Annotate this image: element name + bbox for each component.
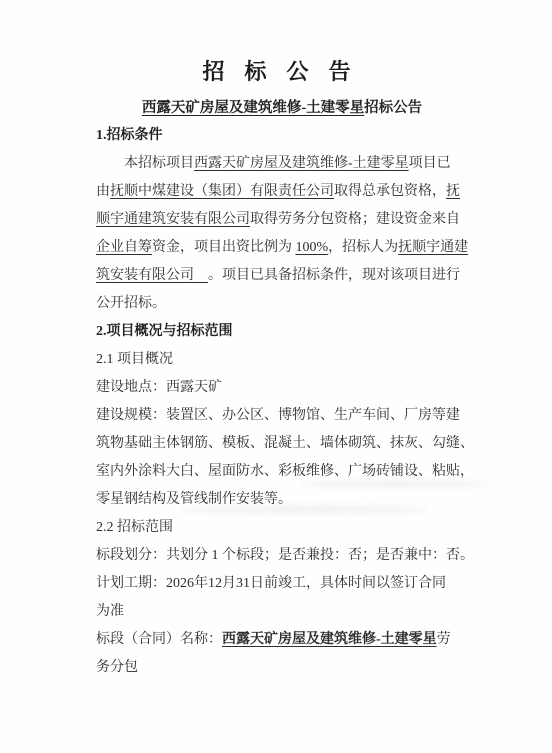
text-line: 标段（合同）名称：西露天矿房屋及建筑维修-土建零星劳 <box>96 626 476 654</box>
text-run: 由 <box>96 184 110 199</box>
text-line: 2.1 项目概况 <box>96 346 476 374</box>
text-run: 资金，项目出资比例为 <box>152 240 296 255</box>
text-run: ，招标人为 <box>328 240 398 255</box>
text-run: 为准 <box>96 604 124 619</box>
text-line: 计划工期：2026年12月31日前竣工，具体时间以签订合同 <box>96 570 476 598</box>
underlined-text: 西露天矿房屋及建筑维修-土建零星 <box>222 632 437 647</box>
underlined-text: 抚顺中煤建设（集团）有限责任公司 <box>110 184 334 199</box>
text-line: 筑物基础主体钢筋、模板、混凝土、墙体砌筑、抹灰、勾缝、 <box>96 430 476 458</box>
underlined-text: 企业自筹 <box>96 240 152 255</box>
section-heading: 1.招标条件 <box>96 122 476 150</box>
text-line: 筑安装有限公司 。项目已具备招标条件，现对该项目进行 <box>96 262 476 290</box>
text-run: 计划工期：2026年12月31日前竣工，具体时间以签订合同 <box>96 576 446 591</box>
document-title: 招 标 公 告 <box>88 56 468 88</box>
underlined-text: 抚 <box>446 184 460 199</box>
text-run: 。项目已具备招标条件，现对该项目进行 <box>208 268 460 283</box>
underlined-text: 西露天矿房屋及建筑维修-土建零星 <box>142 100 364 116</box>
text-run: 标段划分：共划分 1 个标段；是否兼投：否；是否兼中：否。 <box>96 548 474 563</box>
document-blocks: 西露天矿房屋及建筑维修-土建零星招标公告1.招标条件本招标项目西露天矿房屋及建筑… <box>96 94 476 682</box>
text-line: 建设规模：装置区、办公区、博物馆、生产车间、厂房等建 <box>96 402 476 430</box>
text-run: 建设规模：装置区、办公区、博物馆、生产车间、厂房等建 <box>96 408 460 423</box>
text-run: 劳 <box>437 632 451 647</box>
document-page: 招 标 公 告 西露天矿房屋及建筑维修-土建零星招标公告1.招标条件本招标项目西… <box>0 0 552 753</box>
text-line: 本招标项目西露天矿房屋及建筑维修-土建零星项目已 <box>96 150 476 178</box>
text-line: 2.2 招标范围 <box>96 514 476 542</box>
section-heading: 2.项目概况与招标范围 <box>96 318 476 346</box>
text-line: 室内外涂料大白、屋面防水、彩板维修、广场砖铺设、粘贴， <box>96 458 476 486</box>
text-line: 为准 <box>96 598 476 626</box>
text-run: 招标公告 <box>364 100 422 116</box>
underlined-text: 西露天矿房屋及建筑维修-土建零星 <box>194 156 409 171</box>
text-run: 务分包 <box>96 660 138 675</box>
text-run: 本招标项目 <box>124 156 194 171</box>
text-run: 项目已 <box>409 156 451 171</box>
text-line: 零星钢结构及管线制作安装等。 <box>96 486 476 514</box>
underlined-text: 抚顺宇通建 <box>398 240 468 255</box>
underlined-text: 100% <box>296 240 329 255</box>
text-run: 2.项目概况与招标范围 <box>96 324 233 339</box>
text-run: 2.1 项目概况 <box>96 352 173 367</box>
underlined-text: 顺宇通建筑安装有限公司 <box>96 212 250 227</box>
underlined-text: 筑安装有限公司 <box>96 268 208 283</box>
text-line: 公开招标。 <box>96 290 476 318</box>
document-subtitle: 西露天矿房屋及建筑维修-土建零星招标公告 <box>92 94 472 122</box>
text-run: 建设地点：西露天矿 <box>96 380 222 395</box>
text-run: 取得总承包资格， <box>334 184 446 199</box>
text-run: 公开招标。 <box>96 296 166 311</box>
document-content: 招 标 公 告 西露天矿房屋及建筑维修-土建零星招标公告1.招标条件本招标项目西… <box>0 0 552 682</box>
text-line: 由抚顺中煤建设（集团）有限责任公司取得总承包资格，抚 <box>96 178 476 206</box>
text-run: 零星钢结构及管线制作安装等。 <box>96 492 292 507</box>
text-line: 建设地点：西露天矿 <box>96 374 476 402</box>
text-run: 取得劳务分包资格；建设资金来自 <box>250 212 460 227</box>
text-line: 企业自筹资金，项目出资比例为 100%，招标人为抚顺宇通建 <box>96 234 476 262</box>
text-run: 标段（合同）名称： <box>96 632 222 647</box>
text-line: 顺宇通建筑安装有限公司取得劳务分包资格；建设资金来自 <box>96 206 476 234</box>
text-run: 筑物基础主体钢筋、模板、混凝土、墙体砌筑、抹灰、勾缝、 <box>96 436 474 451</box>
text-line: 务分包 <box>96 654 476 682</box>
text-run: 1.招标条件 <box>96 128 163 143</box>
text-run: 室内外涂料大白、屋面防水、彩板维修、广场砖铺设、粘贴， <box>96 464 474 479</box>
text-run: 2.2 招标范围 <box>96 520 173 535</box>
text-line: 标段划分：共划分 1 个标段；是否兼投：否；是否兼中：否。 <box>96 542 476 570</box>
